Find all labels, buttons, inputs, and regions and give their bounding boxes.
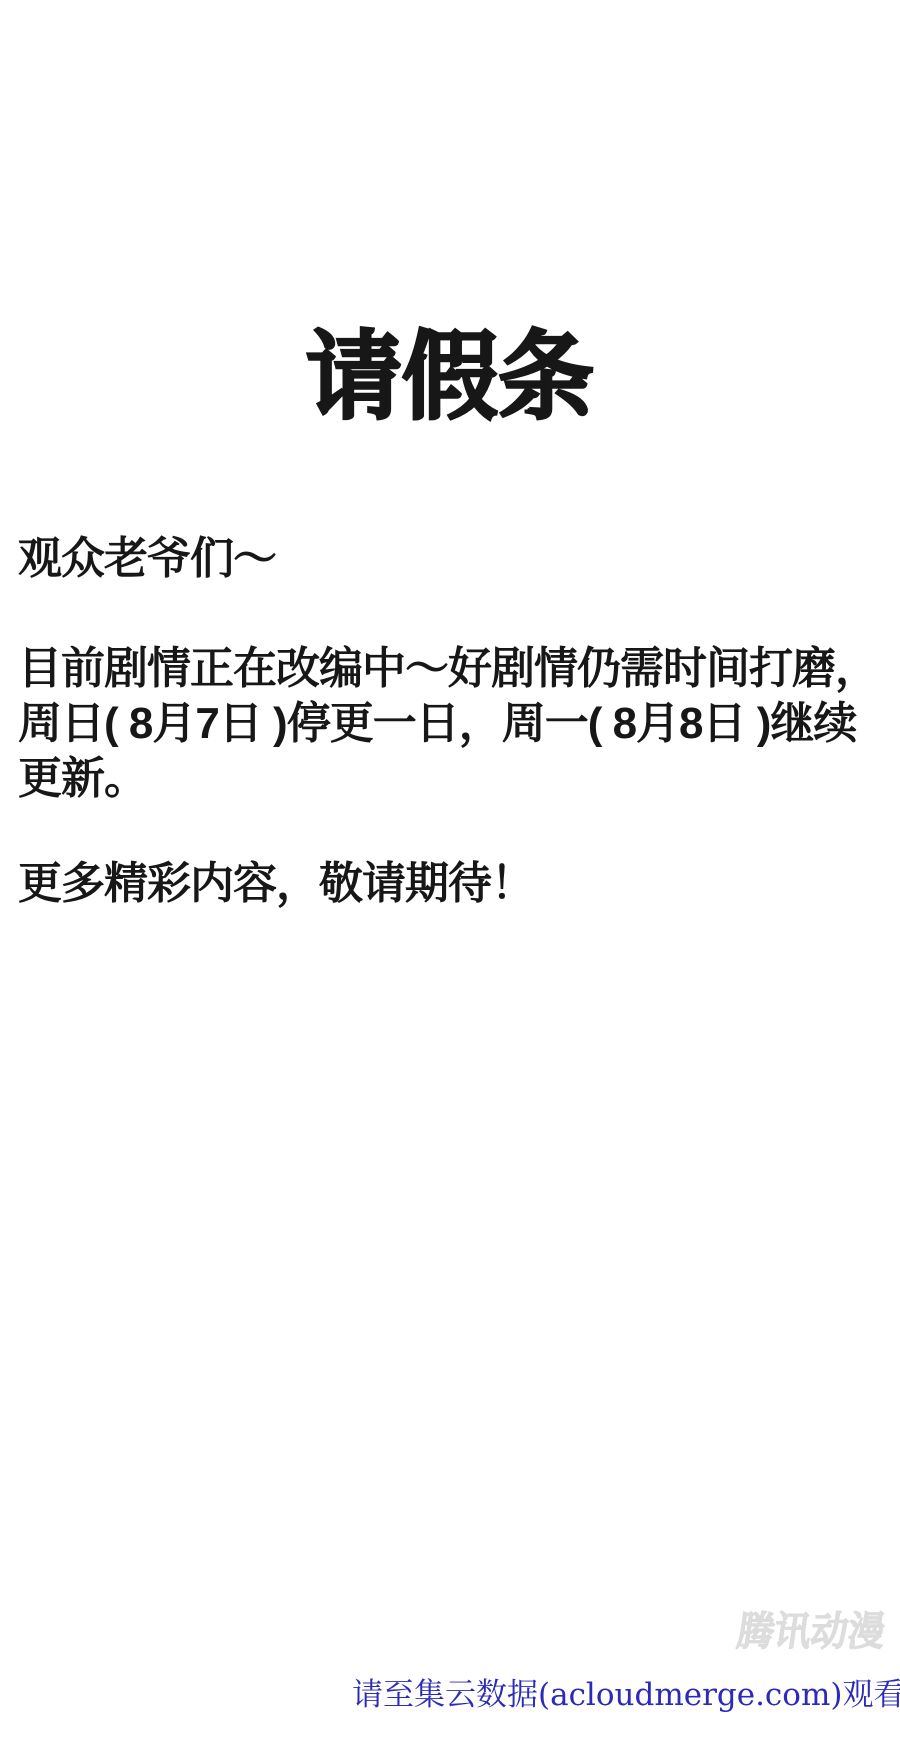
paragraph-line: 周日( 8月7日 )停更一日，周一( 8月8日 )继续 <box>18 696 882 751</box>
main-paragraph: 目前剧情正在改编中～好剧情仍需时间打磨， 周日( 8月7日 )停更一日，周一( … <box>18 641 882 806</box>
closing-text: 更多精彩内容，敬请期待！ <box>18 856 882 911</box>
paragraph-line: 更新。 <box>18 751 882 806</box>
notice-page: 请假条 观众老爷们～ 目前剧情正在改编中～好剧情仍需时间打磨， 周日( 8月7日… <box>0 0 900 1744</box>
paragraph-line: 目前剧情正在改编中～好剧情仍需时间打磨， <box>18 641 882 696</box>
notice-body: 观众老爷们～ 目前剧情正在改编中～好剧情仍需时间打磨， 周日( 8月7日 )停更… <box>18 531 882 911</box>
greeting-text: 观众老爷们～ <box>18 531 882 586</box>
closing-paragraph: 更多精彩内容，敬请期待！ <box>18 856 882 911</box>
page-title: 请假条 <box>0 330 900 426</box>
footer-source-note: 请至集云数据(acloudmerge.com)观看 <box>352 1678 900 1712</box>
tencent-comics-watermark: 腾讯动漫 <box>734 1600 889 1657</box>
